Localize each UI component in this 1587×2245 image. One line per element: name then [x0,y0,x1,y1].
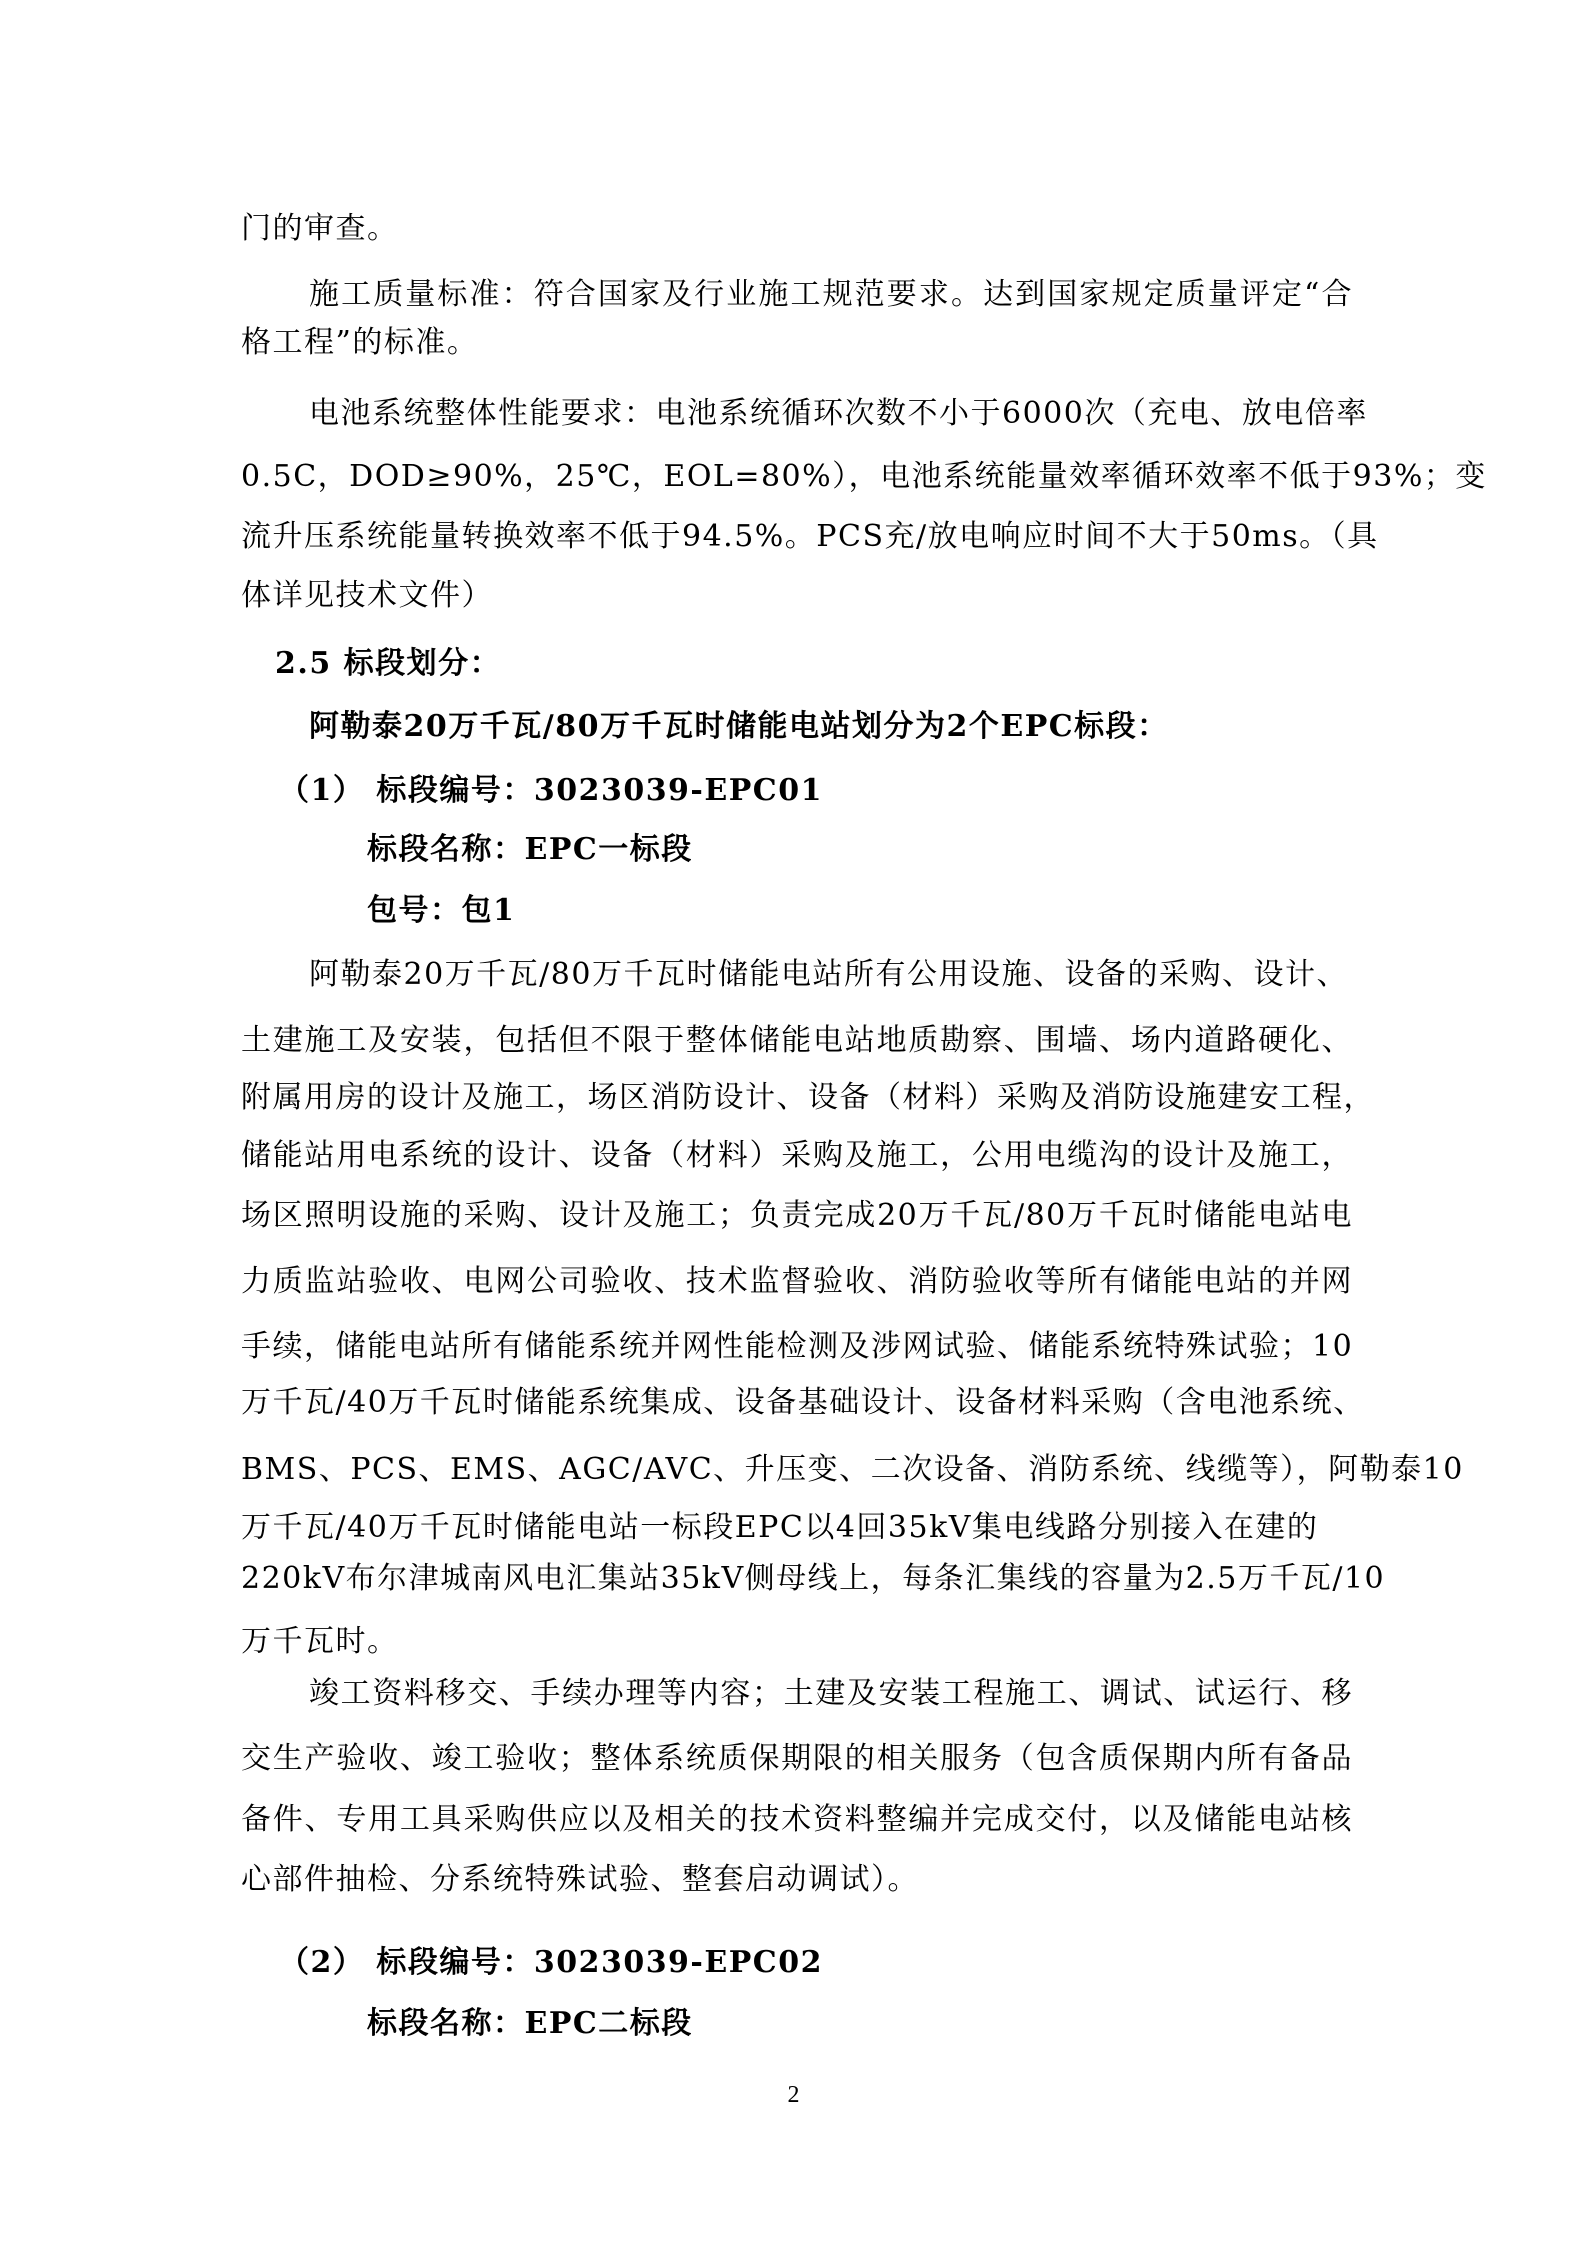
paragraph-line: 体详见技术文件） [241,576,493,616]
paragraph-line: 电池系统整体性能要求：电池系统循环次数不小于6000次（充电、放电倍率 [309,394,1353,434]
paragraph-line: 心部件抽检、分系统特殊试验、整套启动调试）。 [241,1860,919,1900]
paragraph-line: 格工程”的标准。 [241,323,478,363]
paragraph-line: 备件、专用工具采购供应以及相关的技术资料整编并完成交付，以及储能电站核 [241,1800,1353,1840]
paragraph-line: 万千瓦/40万千瓦时储能系统集成、设备基础设计、设备材料采购（含电池系统、 [241,1383,1353,1423]
paragraph-line: 220kV布尔津城南风电汇集站35kV侧母线上，每条汇集线的容量为2.5万千瓦/… [241,1559,1353,1599]
paragraph-line: 0.5C，DOD≥90%，25℃，EOL=80%），电池系统能量效率循环效率不低… [241,457,1353,497]
paragraph-line: 力质监站验收、电网公司验收、技术监督验收、消防验收等所有储能电站的并网 [241,1262,1353,1302]
heading-line: 标段名称：EPC一标段 [367,830,693,870]
paragraph-line: 阿勒泰20万千瓦/80万千瓦时储能电站所有公用设施、设备的采购、设计、 [309,955,1348,995]
paragraph-line: 场区照明设施的采购、设计及施工；负责完成20万千瓦/80万千瓦时储能电站电 [241,1196,1353,1236]
paragraph-line: 附属用房的设计及施工，场区消防设计、设备（材料）采购及消防设施建安工程， [241,1078,1353,1118]
heading-line: （2） 标段编号：3023039-EPC02 [279,1943,823,1983]
page-number: 2 [0,2082,1587,2109]
paragraph-line: 万千瓦时。 [241,1622,399,1662]
paragraph-line: 施工质量标准：符合国家及行业施工规范要求。达到国家规定质量评定“合 [309,275,1353,315]
heading-line: （1） 标段编号：3023039-EPC01 [279,771,823,811]
paragraph-line: 门的审查。 [241,209,399,249]
paragraph-line: BMS、PCS、EMS、AGC/AVC、升压变、二次设备、消防系统、线缆等），阿… [241,1450,1353,1490]
heading-line: 标段名称：EPC二标段 [367,2004,693,2044]
heading-line: 2.5 标段划分： [275,644,501,684]
heading-line: 阿勒泰20万千瓦/80万千瓦时储能电站划分为2个EPC标段： [309,707,1169,747]
paragraph-line: 竣工资料移交、手续办理等内容；土建及安装工程施工、调试、试运行、移 [309,1674,1353,1714]
heading-line: 包号：包1 [367,891,515,931]
paragraph-line: 储能站用电系统的设计、设备（材料）采购及施工，公用电缆沟的设计及施工， [241,1136,1353,1176]
paragraph-line: 交生产验收、竣工验收；整体系统质保期限的相关服务（包含质保期内所有备品 [241,1739,1353,1779]
paragraph-line: 流升压系统能量转换效率不低于94.5%。PCS充/放电响应时间不大于50ms。（… [241,517,1353,557]
paragraph-line: 万千瓦/40万千瓦时储能电站一标段EPC以4回35kV集电线路分别接入在建的 [241,1508,1318,1548]
paragraph-line: 土建施工及安装，包括但不限于整体储能电站地质勘察、围墙、场内道路硬化、 [241,1021,1353,1061]
paragraph-line: 手续，储能电站所有储能系统并网性能检测及涉网试验、储能系统特殊试验；10 [241,1327,1353,1367]
